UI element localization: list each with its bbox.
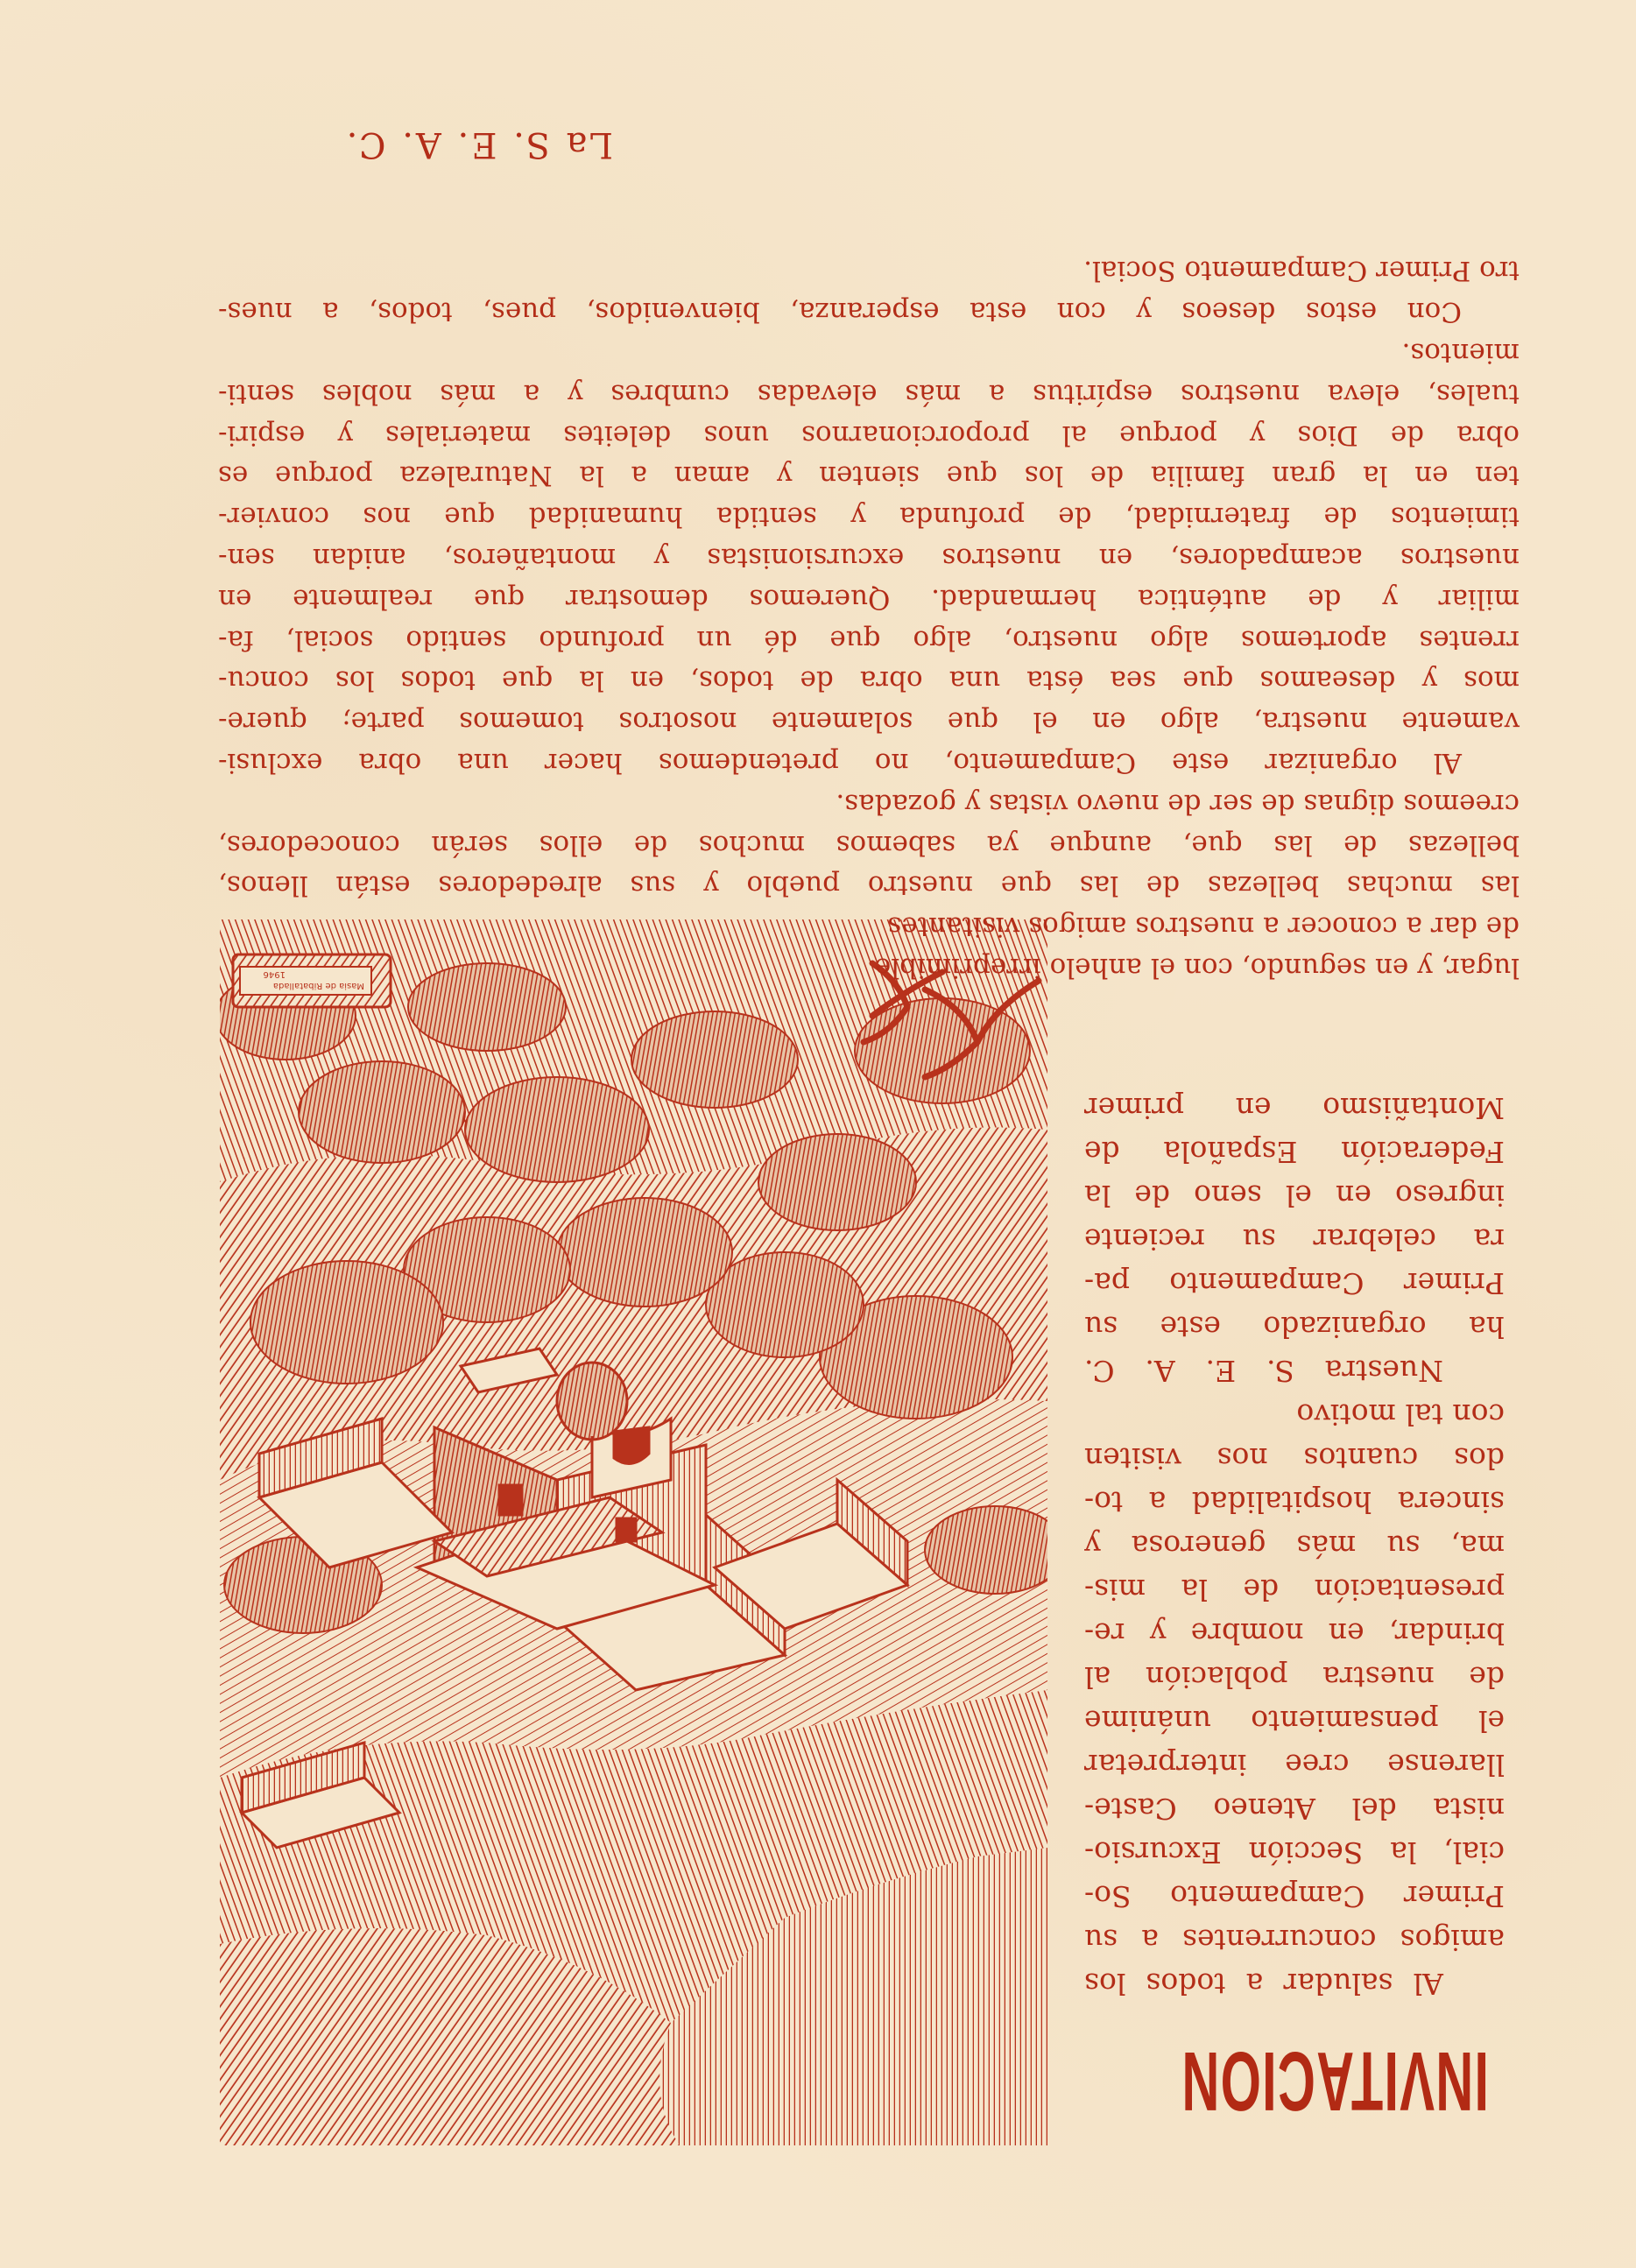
- intro-column: Al saludar a todos los amigos concurrent…: [1084, 1086, 1505, 2005]
- text-line: con tal motivo: [1084, 1392, 1505, 1436]
- text-line: ma, su más generosa y: [1084, 1524, 1505, 1567]
- body-text: lugar, y en segundo, con el anhelo irrep…: [218, 250, 1520, 988]
- text-line: Primer Campamento So-: [1084, 1874, 1505, 1918]
- text-line: ra celebrar su reciente: [1084, 1217, 1505, 1261]
- engraving-illustration: Masia de Ribatallada 1946: [220, 919, 1047, 2145]
- text-line: cial, la Sección Excursio-: [1084, 1830, 1505, 1874]
- text-line: amigos concurrentes a su: [1084, 1918, 1505, 1962]
- text-line: obra de Dios y porque al proporcionarnos…: [218, 414, 1520, 455]
- text-line: de dar a conocer a nuestros amigos visit…: [218, 905, 1520, 947]
- text-line: creemos dignas de ser de nuevo vistas y …: [218, 783, 1520, 824]
- text-line: nista del Ateneo Caste-: [1084, 1786, 1505, 1830]
- text-line: lugar, y en segundo, con el anhelo irrep…: [218, 947, 1520, 988]
- text-line: dos cuantos nos visiten: [1084, 1436, 1505, 1480]
- text-line: mientos.: [218, 332, 1520, 373]
- text-line: miliar y de auténtica hermandad. Queremo…: [218, 578, 1520, 619]
- text-line: el pensamiento unánime: [1084, 1699, 1505, 1743]
- text-line: llarense cree interpretar: [1084, 1743, 1505, 1786]
- text-line: nuestros acampadores, en nuestros excurs…: [218, 537, 1520, 578]
- text-line: brindar, en nombre y re-: [1084, 1611, 1505, 1655]
- text-line: Montañismo en primer: [1084, 1086, 1505, 1130]
- masia-landscape-icon: Masia de Ribatallada 1946: [220, 919, 1047, 2145]
- text-line: ha organizado este su: [1084, 1305, 1505, 1349]
- page-title: INVITACION: [1255, 2040, 1489, 2121]
- text-line: Primer Campamento pa-: [1084, 1261, 1505, 1305]
- text-line: Con estos deseos y con esta esperanza, b…: [218, 291, 1520, 332]
- text-line: vamente nuestra, algo en el que solament…: [218, 701, 1520, 742]
- text-line: las muchas bellezas de las que nuestro p…: [218, 865, 1520, 906]
- text-line: timientos de fraternidad, de profunda y …: [218, 496, 1520, 537]
- text-line: tro Primer Campamento Social.: [218, 250, 1520, 292]
- document-page: INVITACION Al saludar a todos los amigos…: [0, 0, 1636, 2268]
- text-line: sincera hospitalidad a to-: [1084, 1480, 1505, 1524]
- text-line: rrentes aportemos algo nuestro, algo que…: [218, 619, 1520, 660]
- text-line: ten en la gran familia de los que siente…: [218, 455, 1520, 497]
- signature: La S. E. A. C.: [344, 123, 613, 166]
- text-line: Nuestra S. E. A. C.: [1084, 1349, 1505, 1392]
- text-line: de nuestra población al: [1084, 1655, 1505, 1699]
- text-line: Al saludar a todos los: [1084, 1962, 1505, 2005]
- text-line: Al organizar este Campamento, no pretend…: [218, 742, 1520, 783]
- text-line: tuales, eleva nuestros espíritus a más e…: [218, 373, 1520, 414]
- text-line: presentación de la mis-: [1084, 1567, 1505, 1611]
- text-line: Federación Española de: [1084, 1130, 1505, 1173]
- text-line: mos y deseamos que sea ésta una obra de …: [218, 660, 1520, 701]
- text-line: ingreso en el seno de la: [1084, 1173, 1505, 1217]
- text-line: bellezas de las que, aunque ya sabemos m…: [218, 824, 1520, 865]
